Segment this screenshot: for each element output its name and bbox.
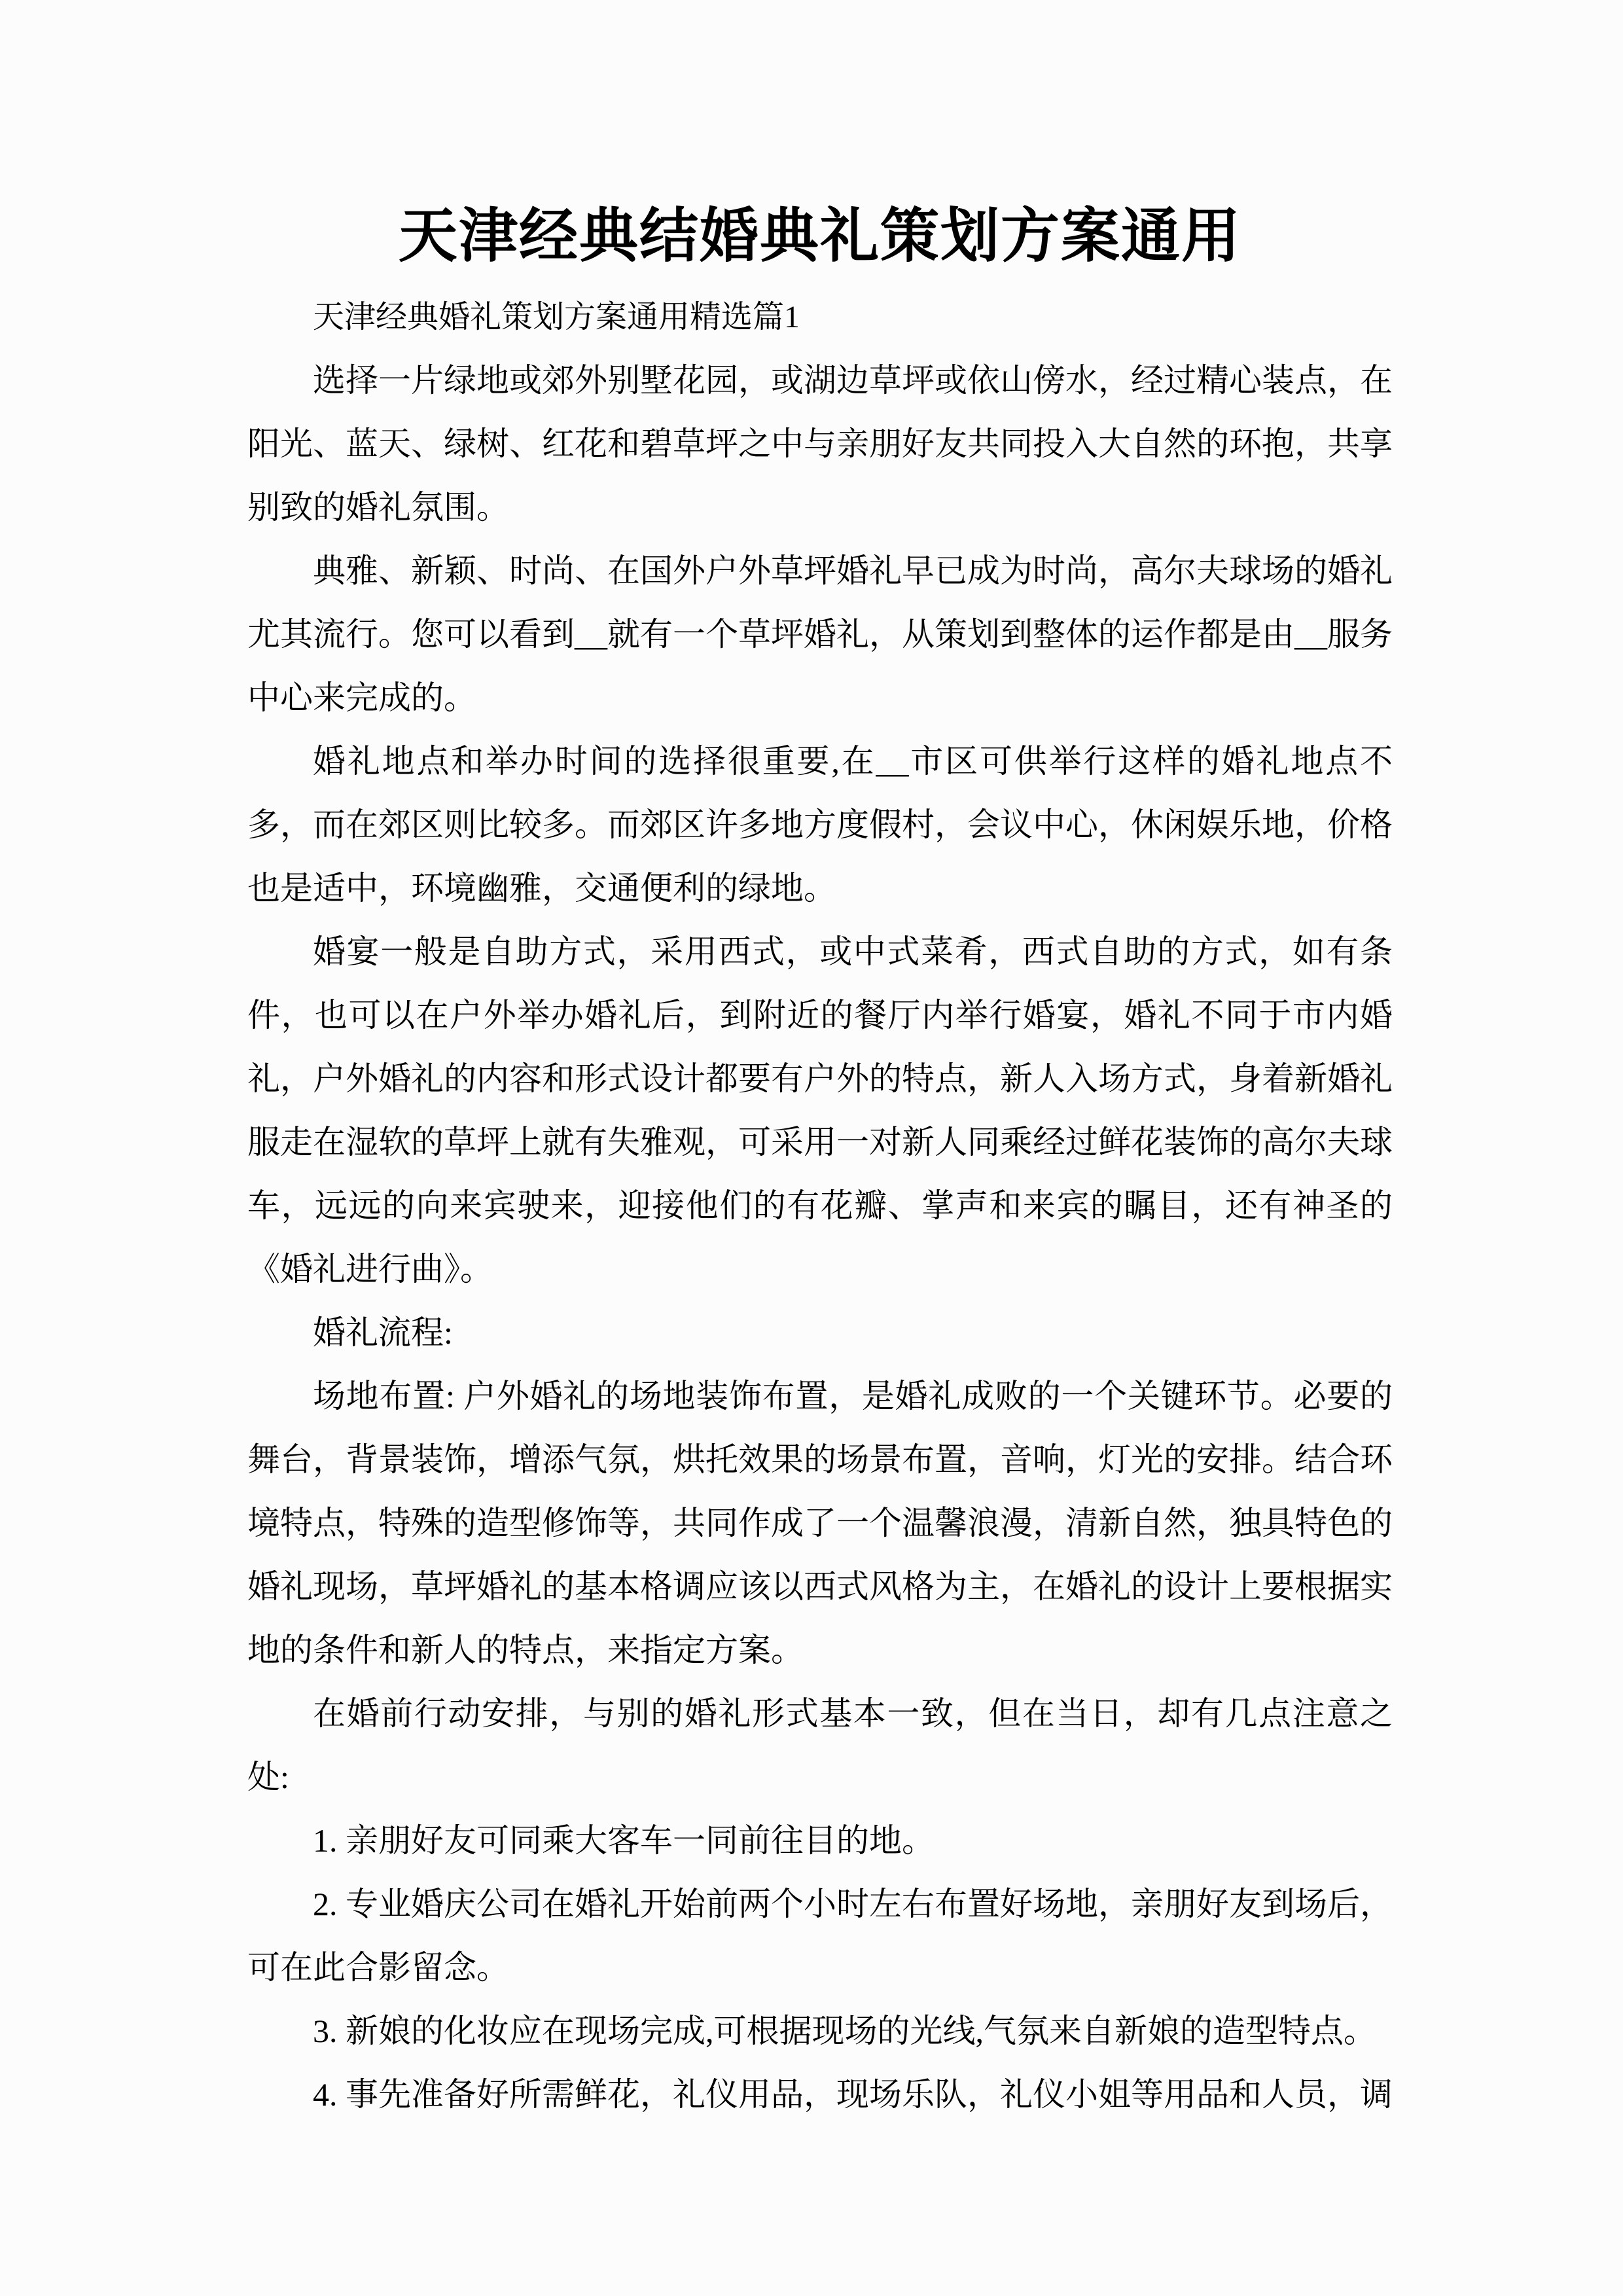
document-subtitle: 天津经典婚礼策划方案通用精选篇1 (247, 285, 1393, 349)
paragraph-wedding-process-heading: 婚礼流程: (247, 1301, 1393, 1365)
list-item-4: 4. 事先准备好所需鲜花，礼仪用品，现场乐队，礼仪小姐等用品和人员，调 (247, 2063, 1393, 2126)
paragraph-1: 选择一片绿地或郊外别墅花园，或湖边草坪或依山傍水，经过精心装点，在阳光、蓝天、绿… (247, 349, 1393, 539)
list-item-1: 1. 亲朋好友可同乘大客车一同前往目的地。 (247, 1809, 1393, 1873)
paragraph-venue-setup: 场地布置: 户外婚礼的场地装饰布置，是婚礼成败的一个关键环节。必要的舞台，背景装… (247, 1365, 1393, 1682)
paragraph-4: 婚宴一般是自助方式，采用西式，或中式菜肴，西式自助的方式，如有条件，也可以在户外… (247, 920, 1393, 1301)
paragraph-2: 典雅、新颖、时尚、在国外户外草坪婚礼早已成为时尚，高尔夫球场的婚礼尤其流行。您可… (247, 539, 1393, 730)
paragraph-pre-wedding-notes: 在婚前行动安排，与别的婚礼形式基本一致，但在当日，却有几点注意之处: (247, 1682, 1393, 1809)
document-title: 天津经典结婚典礼策划方案通用 (247, 188, 1393, 285)
list-item-2: 2. 专业婚庆公司在婚礼开始前两个小时左右布置好场地，亲朋好友到场后，可在此合影… (247, 1873, 1393, 2000)
paragraph-3: 婚礼地点和举办时间的选择很重要,在__市区可供举行这样的婚礼地点不多，而在郊区则… (247, 730, 1393, 920)
list-item-3: 3. 新娘的化妆应在现场完成,可根据现场的光线,气氛来自新娘的造型特点。 (247, 2000, 1393, 2063)
document-page: 天津经典结婚典礼策划方案通用 天津经典婚礼策划方案通用精选篇1 选择一片绿地或郊… (0, 0, 1623, 2296)
document-body: 天津经典婚礼策划方案通用精选篇1 选择一片绿地或郊外别墅花园，或湖边草坪或依山傍… (247, 285, 1393, 2126)
